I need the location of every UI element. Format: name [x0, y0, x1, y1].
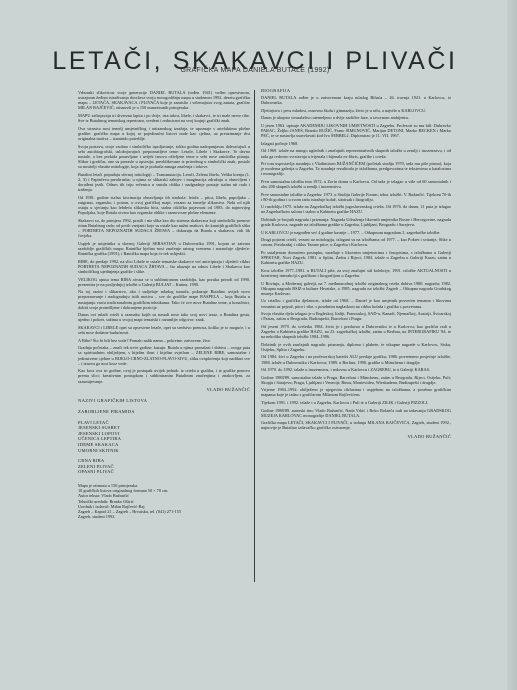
biography-paragraph: U KARLOVCU je nagrađen već 4 godine kasn… [261, 230, 451, 235]
biography-paragraph: Godine 1988/89. samostalno izlaže u Prag… [261, 375, 451, 385]
biography-body: DANIEL BUTALA rođen je u zatvorenom kraj… [261, 95, 451, 430]
essay-paragraph: Skakavci su, do primjera 1992, pratili i… [78, 218, 250, 239]
biography-paragraph: Od 1984. živi u Zagrebu i na profesorsko… [261, 354, 451, 364]
prints-list-heading: NAZIVI GRAFIČKIH LISTOVA [78, 398, 250, 403]
biography-paragraph: Svoja vlastita djela izlagao je u Engles… [261, 311, 451, 321]
biography-paragraph: Pri tom uspostavlja suradnju s Vladimiro… [261, 161, 451, 176]
essay-signature: VLADO BUŽANČIĆ [78, 387, 250, 392]
essay-paragraph: SKAKAVCI i LIBELE opet su opsesivne leta… [78, 325, 250, 335]
biography-paragraph: Dobitnik je brojnih nagrada i priznanja:… [261, 217, 451, 227]
biography-paragraph: Izlagati počinje 1968. [261, 141, 451, 146]
essay-paragraph: Butalini letači pripadaju sfernoj mitolo… [78, 172, 250, 193]
biography-paragraph: Drugi pojavni crteži, vezani uz mitologi… [261, 237, 451, 247]
essay-paragraph: Ova stranica nosi temelj umjetničkog i a… [78, 126, 250, 141]
page-edge [507, 0, 517, 690]
essay-paragraph: MAPU sačinjavaju tri diverzna lapita i p… [78, 113, 250, 123]
biography-paragraph: Grafička mapa LETAČI, SKAKAVCI I PLIVAČI… [261, 420, 451, 430]
essay-body: Vrhunski slikovitost svoje generacije DA… [78, 90, 250, 384]
essay-paragraph: Danas ovi mladi crteži u razmaku kojih s… [78, 312, 250, 322]
biography-column: BIOGRAFIJA DANIEL BUTALA rođen je u zatv… [261, 88, 451, 439]
essay-paragraph: Uspjeh je umjetnika u slavnoj Galeriji S… [78, 241, 250, 256]
biography-paragraph: Godine 1988/89. autorski tim: Vlado Buža… [261, 408, 451, 418]
biography-paragraph: Tijekom 1991. i 1992. izlaže i u Zagrebu… [261, 400, 451, 405]
essay-paragraph: Kao kroz ova tri godine, ovaj je postupa… [78, 368, 250, 383]
biography-paragraph: Kroz izložbe 1977–1981. u BUTALI piše, z… [261, 268, 451, 278]
essay-paragraph: Na toj razini i slikarstvo, ako i sudjel… [78, 289, 250, 310]
biography-paragraph: Dobitnik je ovih značajnih nagrada: priz… [261, 342, 451, 352]
biography-paragraph: Prvu samostalnu izložbu ima 1972. u Zori… [261, 179, 451, 189]
biography-paragraph: Od 1970. do 1992. izlaže u inozemstvu, i… [261, 367, 451, 372]
biography-paragraph: Od jeseni 1979. do svršetka 1984. živio … [261, 324, 451, 339]
page-subtitle: GRAFIČKA MAPA DANIELA BUTALE (1992) [0, 67, 510, 74]
biography-paragraph: Uz crtačku i grafičku djelatnost, izlaže… [261, 298, 451, 308]
biography-heading: BIOGRAFIJA [261, 88, 451, 93]
essay-column: Vrhunski slikovitost svoje generacije DA… [78, 90, 250, 519]
biography-paragraph: Po ustaljenom domaćem postupku, surađuje… [261, 250, 451, 265]
biography-paragraph: U jesen 1963. upisuje AKADEMIJU LIKOVNIH… [261, 123, 451, 138]
document-page: LETAČI, SKAKAVCI I PLIVAČI GRAFIČKA MAPA… [0, 0, 507, 690]
colophon: Mapa je otisnuta u 150 primjeraka.10 gra… [78, 483, 250, 519]
print-title: OPASNI PLIVAČ [78, 469, 250, 475]
essay-paragraph: VELIKOG opusa tema RIBA otvara se u subl… [78, 277, 250, 287]
biography-paragraph: Prve samostalne izložbe u Zagrebu: 1973.… [261, 192, 451, 202]
essay-paragraph: Gradnja početaka – znači tek treće godin… [78, 345, 250, 366]
biography-paragraph: U Rovinju, u Modernoj galeriji, na 7. me… [261, 281, 451, 296]
biography-paragraph: U razdoblju 1975. izlaže na Zagrebačkoj … [261, 204, 451, 214]
essay-paragraph: Vrhunski slikovitost svoje generacije DA… [78, 90, 250, 111]
biography-paragraph: DANIEL BUTALA rođen je u zatvorenom kraj… [261, 95, 451, 105]
biography-signature: VLADO BUŽANČIĆ [261, 434, 451, 439]
essay-paragraph: Od 1981. godine stalna fascinacija obnav… [78, 195, 250, 216]
colophon-line: Zagreb, studeni 1992. [78, 514, 250, 519]
biography-paragraph: Vrijeme 1984–1992. obilježeno je njegovi… [261, 387, 451, 397]
essay-paragraph: RIBE, do predaje 1992, na slici Libele t… [78, 259, 250, 274]
essay-paragraph: Svoju postavu, svoje osobno i simboličko… [78, 144, 250, 170]
essay-paragraph: A Ribe? Što bi bili bez vode? Pomalo nal… [78, 338, 250, 343]
biography-paragraph: Od 1969. izlaže na mnogo uglednih i znač… [261, 148, 451, 158]
biography-paragraph: Danas je ukupno stvaralaštvo utemeljeno … [261, 115, 451, 120]
prints-list: ZAROBLJENE PIRAMIDAPLAVI LETAČJESENSKI S… [78, 409, 250, 475]
column-divider [254, 90, 255, 582]
biography-paragraph: Djetinjstvo i prvu mladost, osnovnu škol… [261, 108, 451, 113]
